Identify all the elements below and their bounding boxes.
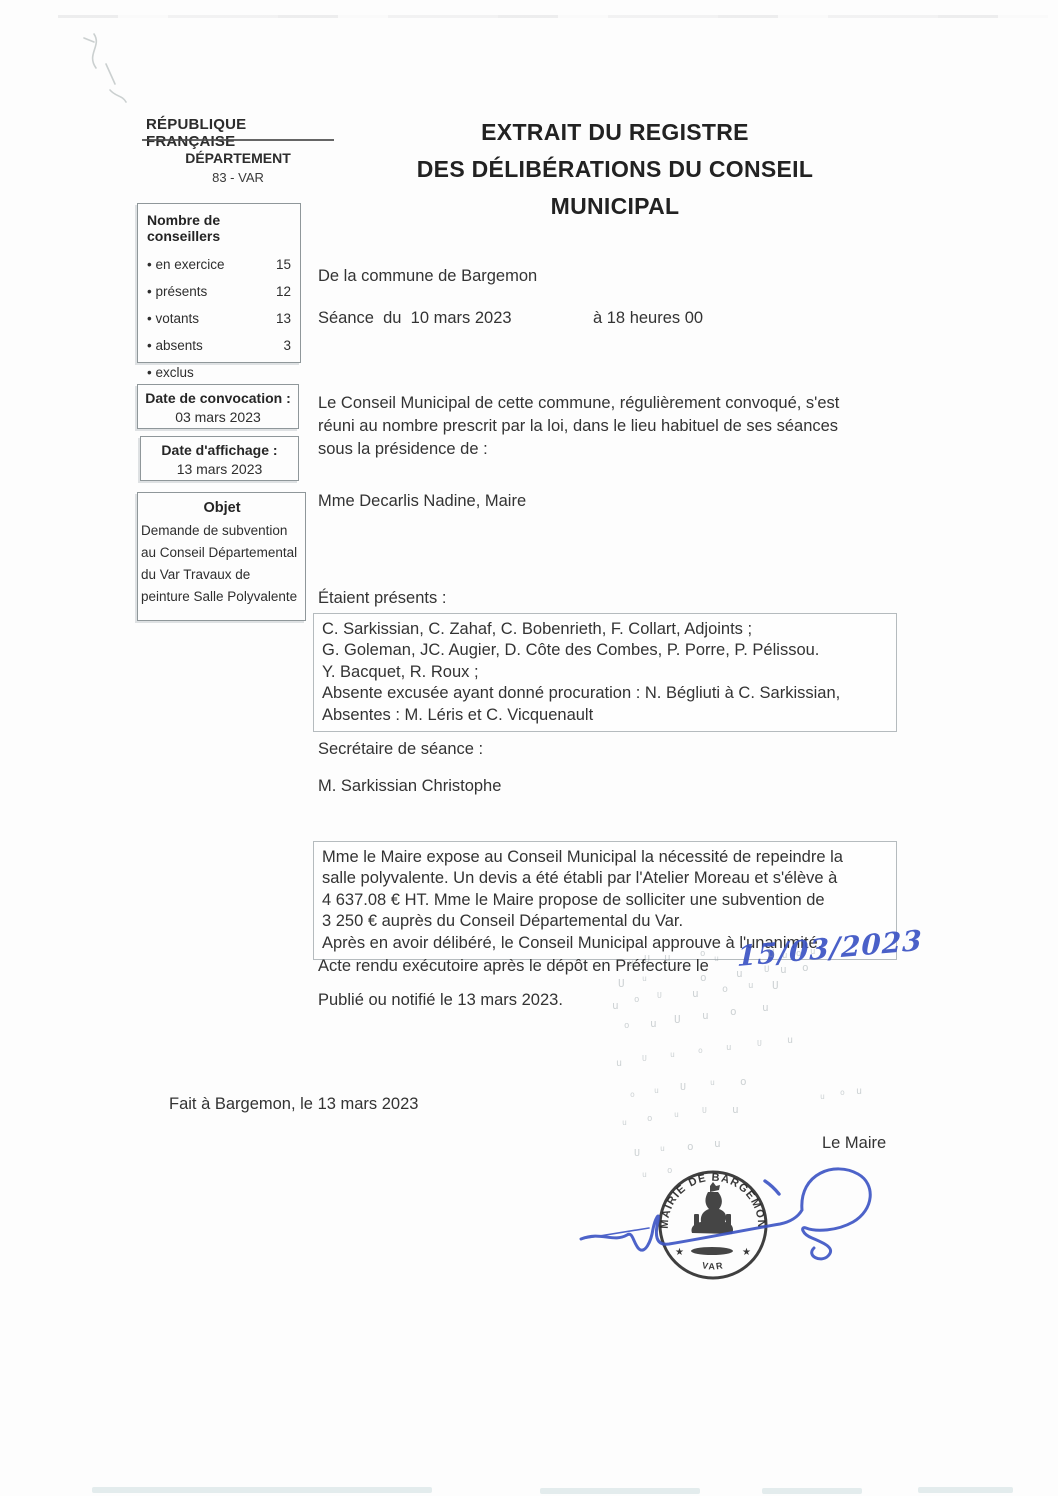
bleed-through-glyph: U	[657, 991, 662, 1000]
deliberation-line: Mme le Maire expose au Conseil Municipal…	[322, 847, 888, 868]
present-line: Absentes : M. Léris et C. Vicquenault	[322, 705, 888, 726]
bleed-through-glyph: u	[642, 974, 647, 983]
counselors-box-title: Nombre de conseillers	[147, 212, 291, 244]
bleed-through-glyph: u	[726, 1043, 731, 1053]
counselor-row-value: 3	[283, 332, 291, 359]
bleed-through-glyph: o	[647, 1114, 652, 1124]
bleed-through-glyph: U	[757, 1039, 762, 1048]
bleed-through-glyph: o	[700, 949, 705, 959]
bleed-through-glyph: u	[810, 947, 815, 957]
seance-date-line: Séance du 10 mars 2023	[318, 309, 512, 328]
counselor-row-label: • en exercice	[147, 251, 225, 278]
scan-edge-artifact	[540, 1488, 700, 1494]
bleed-through-glyph: o	[802, 961, 809, 974]
document-title-line: DES DÉLIBÉRATIONS DU CONSEIL	[330, 151, 900, 188]
deliberation-line: salle polyvalente. Un devis a été établi…	[322, 868, 888, 889]
bleed-through-glyph: o	[740, 1075, 747, 1088]
bleed-through-glyph: u	[654, 1086, 659, 1095]
deliberation-line: 4 637.08 € HT. Mme le Maire propose de s…	[322, 890, 888, 911]
bleed-through-glyph: o	[840, 1088, 845, 1097]
bleed-through-glyph: U	[642, 1054, 647, 1063]
scan-edge-artifact	[762, 1488, 862, 1494]
document-title-line: EXTRAIT DU REGISTRE	[330, 114, 900, 151]
bleed-through-glyph: u	[856, 1086, 862, 1097]
present-line: C. Sarkissian, C. Zahaf, C. Bobenrieth, …	[322, 619, 888, 640]
affichage-date-box: Date d'affichage : 13 mars 2023	[140, 436, 299, 481]
counselor-row: • exclus	[147, 359, 291, 386]
scan-smudge-top	[58, 15, 1048, 18]
paragraph-line: sous la présidence de :	[318, 438, 908, 461]
bleed-through-glyph: u	[710, 1078, 715, 1087]
bleed-through-glyph: u	[622, 1118, 627, 1127]
secretary-name: M. Sarkissian Christophe	[318, 777, 501, 796]
counselor-row-label: • présents	[147, 278, 207, 305]
bleed-through-glyph: U	[768, 947, 775, 960]
bleed-through-glyph: o	[630, 1090, 635, 1099]
bleed-through-glyph: u	[732, 1103, 739, 1116]
pencil-mark-artifact	[72, 28, 142, 118]
counselors-count-box: Nombre de conseillers • en exercice 15 •…	[137, 203, 301, 363]
bleed-through-glyph: u	[714, 1137, 721, 1150]
bleed-through-glyph: u	[787, 1035, 793, 1046]
counselor-row-label: • votants	[147, 305, 199, 332]
bleed-through-glyph: U	[772, 979, 779, 992]
counselor-row-label: • exclus	[147, 359, 194, 386]
department-code: 83 - VAR	[142, 170, 334, 185]
bleed-through-glyph: U	[618, 977, 625, 990]
convocation-date-value: 03 mars 2023	[138, 408, 298, 427]
seance-time: à 18 heures 00	[593, 309, 703, 328]
present-line: G. Goleman, JC. Augier, D. Côte des Comb…	[322, 640, 888, 661]
affichage-date-value: 13 mars 2023	[141, 460, 298, 479]
convocation-date-label: Date de convocation :	[138, 388, 298, 408]
bleed-through-glyph: o	[698, 1046, 703, 1055]
bleed-through-glyph: u	[714, 954, 719, 963]
bleed-through-glyph: u	[612, 999, 619, 1012]
bleed-through-glyph: o	[624, 1021, 629, 1031]
executory-line: Acte rendu exécutoire après le dépôt en …	[318, 957, 709, 976]
closing-place-date: Fait à Bargemon, le 13 mars 2023	[169, 1095, 418, 1114]
affichage-date-label: Date d'affichage :	[141, 440, 298, 460]
scan-edge-artifact	[92, 1487, 432, 1493]
masthead-rule	[142, 139, 334, 141]
commune-line: De la commune de Bargemon	[318, 267, 537, 286]
published-line: Publié ou notifié le 13 mars 2023.	[318, 991, 563, 1010]
scanned-document-page: RÉPUBLIQUE FRANÇAISE DÉPARTEMENT 83 - VA…	[0, 0, 1058, 1496]
bleed-through-glyph: u	[692, 987, 699, 1000]
president-line: Mme Decarlis Nadine, Maire	[318, 492, 526, 511]
bleed-through-glyph: U	[680, 1082, 686, 1093]
objet-line: peinture Salle Polyvalente	[141, 586, 303, 608]
bleed-through-glyph: u	[702, 1009, 709, 1022]
bleed-through-glyph: o	[730, 1005, 737, 1018]
present-line: Y. Bacquet, R. Roux ;	[322, 662, 888, 683]
paragraph-line: Le Conseil Municipal de cette commune, r…	[318, 392, 908, 415]
counselor-row: • en exercice 15	[147, 251, 291, 278]
document-title: EXTRAIT DU REGISTRE DES DÉLIBÉRATIONS DU…	[330, 114, 900, 225]
bleed-through-glyph: u	[748, 981, 753, 991]
bleed-through-glyph: u	[650, 1017, 657, 1030]
bleed-through-glyph: u	[664, 951, 671, 964]
department-label: DÉPARTEMENT	[142, 150, 334, 166]
counselor-row-label: • absents	[147, 332, 203, 359]
bleed-through-glyph: u	[736, 967, 743, 980]
bleed-through-glyph: o	[687, 1140, 694, 1153]
present-list-box: C. Sarkissian, C. Zahaf, C. Bobenrieth, …	[313, 613, 897, 732]
bleed-through-glyph: U	[644, 954, 650, 965]
mayor-signature	[575, 1155, 905, 1295]
bleed-through-glyph: U	[674, 1013, 681, 1026]
scan-edge-artifact	[918, 1487, 1013, 1493]
deliberation-line: 3 250 € auprès du Conseil Départemental …	[322, 911, 888, 932]
bleed-through-glyph: o	[700, 971, 707, 984]
bleed-through-glyph: u	[616, 1058, 622, 1069]
bleed-through-glyph: u	[780, 963, 787, 976]
bleed-through-glyph: u	[628, 958, 634, 969]
bleed-through-glyph: o	[722, 984, 728, 995]
present-label: Étaient présents :	[318, 589, 446, 608]
signatory-title: Le Maire	[822, 1134, 886, 1153]
bleed-through-glyph: u	[660, 1144, 665, 1153]
bleed-through-glyph: u	[782, 951, 787, 961]
bleed-through-glyph: u	[820, 1092, 825, 1101]
counselor-row: • présents 12	[147, 278, 291, 305]
objet-line: Demande de subvention	[141, 520, 303, 542]
paragraph-line: réuni au nombre prescrit par la loi, dan…	[318, 415, 908, 438]
counselor-row-value: 15	[276, 251, 291, 278]
convocation-paragraph: Le Conseil Municipal de cette commune, r…	[318, 392, 908, 461]
convocation-date-box: Date de convocation : 03 mars 2023	[137, 384, 299, 429]
objet-box: Objet Demande de subvention au Conseil D…	[137, 492, 306, 621]
objet-line: du Var Travaux de	[141, 564, 303, 586]
counselor-row-value: 13	[276, 305, 291, 332]
present-line: Absente excusée ayant donné procuration …	[322, 683, 888, 704]
secretary-label: Secrétaire de séance :	[318, 740, 483, 759]
counselor-row-value: 12	[276, 278, 291, 305]
bleed-through-glyph: U	[764, 965, 769, 975]
bleed-through-glyph: U	[702, 1106, 707, 1115]
document-title-line: MUNICIPAL	[330, 188, 900, 225]
bleed-through-glyph: u	[762, 1001, 769, 1014]
objet-line: au Conseil Départemental	[141, 542, 303, 564]
republic-heading: RÉPUBLIQUE FRANÇAISE	[146, 116, 336, 150]
bleed-through-glyph: o	[796, 949, 801, 959]
bleed-through-glyph: u	[670, 1050, 675, 1059]
bleed-through-glyph: u	[674, 1110, 679, 1119]
counselor-row: • votants 13	[147, 305, 291, 332]
objet-title: Objet	[141, 496, 303, 520]
counselor-row: • absents 3	[147, 332, 291, 359]
bleed-through-glyph: o	[634, 995, 639, 1005]
